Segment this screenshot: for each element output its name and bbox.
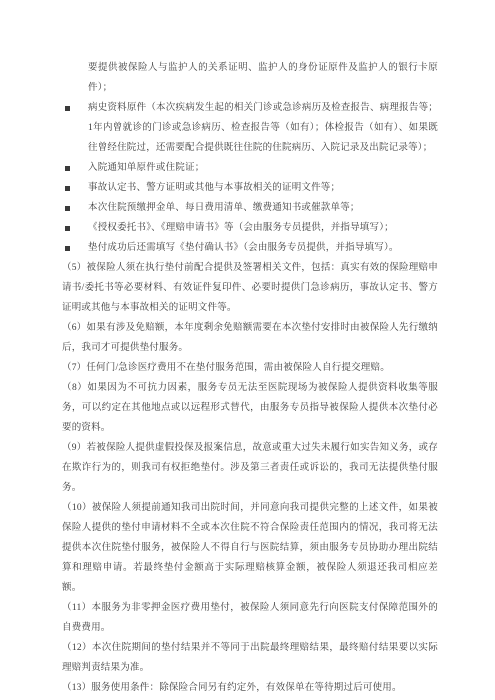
- clause-5: （5）被保险人须在执行垫付前配合提供及签署相关文件，包括：真实有效的保险理赔申请…: [62, 258, 438, 318]
- bullet-item-text: 《授权委托书》、《理赔申请书》等（会由服务专员提供，并指导填写）；: [88, 223, 394, 233]
- bullet-item-admission-notice: 入院通知单原件或住院证；: [62, 158, 438, 178]
- bullet-item-accident-certificate: 事故认定书、警方证明或其他与本事故相关的证明文件等；: [62, 178, 438, 198]
- square-bullet-icon: [65, 166, 70, 171]
- square-bullet-icon: [65, 246, 70, 251]
- bullet-item-text: 垫付成功后还需填写《垫付确认书》（会由服务专员提供，并指导填写）。: [88, 243, 399, 253]
- clause-6: （6）如果有涉及免赔额，本年度剩余免赔额需要在本次垫付安排时由被保险人先行缴纳后…: [62, 318, 438, 358]
- continuation-paragraph: 要提供被保险人与监护人的关系证明、监护人的身份证原件及监护人的银行卡原件）；: [88, 58, 438, 98]
- clause-12: （12）本次住院期间的垫付结果并不等同于出院最终理赔结果，最终赔付结果要以实际理…: [62, 638, 438, 678]
- document-page: 要提供被保险人与监护人的关系证明、监护人的身份证原件及监护人的银行卡原件）； 病…: [0, 0, 495, 700]
- bullet-item-deposit-slip: 本次住院预缴押金单、每日费用清单、缴费通知书或催款单等；: [62, 198, 438, 218]
- clause-9: （9）若被保险人提供虚假投保及报案信息，故意或重大过失未履行如实告知义务，或存在…: [62, 438, 438, 498]
- bullet-item-text: 事故认定书、警方证明或其他与本事故相关的证明文件等；: [88, 183, 340, 193]
- square-bullet-icon: [65, 106, 70, 111]
- bullet-item-medical-history: 病史资料原件（本次疾病发生起的相关门诊或急诊病历及检查报告、病理报告等；1年内曾…: [62, 98, 438, 158]
- clause-13: （13）服务使用条件：除保险合同另有约定外，有效保单在等待期过后可使用。: [62, 678, 438, 698]
- square-bullet-icon: [65, 186, 70, 191]
- clause-10: （10）被保险人须提前通知我司出院时间，并同意向我司提供完整的上述文件，如果被保…: [62, 498, 438, 598]
- clause-8: （8）如果因为不可抗力因素，服务专员无法至医院现场为被保险人提供资料收集等服务，…: [62, 378, 438, 438]
- clause-11: （11）本服务为非零押金医疗费用垫付，被保险人须同意先行向医院支付保障范围外的自…: [62, 598, 438, 638]
- bullet-item-confirmation-form: 垫付成功后还需填写《垫付确认书》（会由服务专员提供，并指导填写）。: [62, 238, 438, 258]
- bullet-item-text: 本次住院预缴押金单、每日费用清单、缴费通知书或催款单等；: [88, 203, 360, 213]
- bullet-item-text: 病史资料原件（本次疾病发生起的相关门诊或急诊病历及检查报告、病理报告等；1年内曾…: [88, 103, 438, 153]
- square-bullet-icon: [65, 206, 70, 211]
- square-bullet-icon: [65, 226, 70, 231]
- bullet-list: 病史资料原件（本次疾病发生起的相关门诊或急诊病历及检查报告、病理报告等；1年内曾…: [62, 98, 438, 258]
- document-text-block: 要提供被保险人与监护人的关系证明、监护人的身份证原件及监护人的银行卡原件）； 病…: [62, 58, 438, 698]
- bullet-item-authorization-forms: 《授权委托书》、《理赔申请书》等（会由服务专员提供，并指导填写）；: [62, 218, 438, 238]
- bullet-item-text: 入院通知单原件或住院证；: [88, 163, 204, 173]
- clause-7: （7）任何门/急诊医疗费用不在垫付服务范围，需由被保险人自行提交理赔。: [62, 358, 438, 378]
